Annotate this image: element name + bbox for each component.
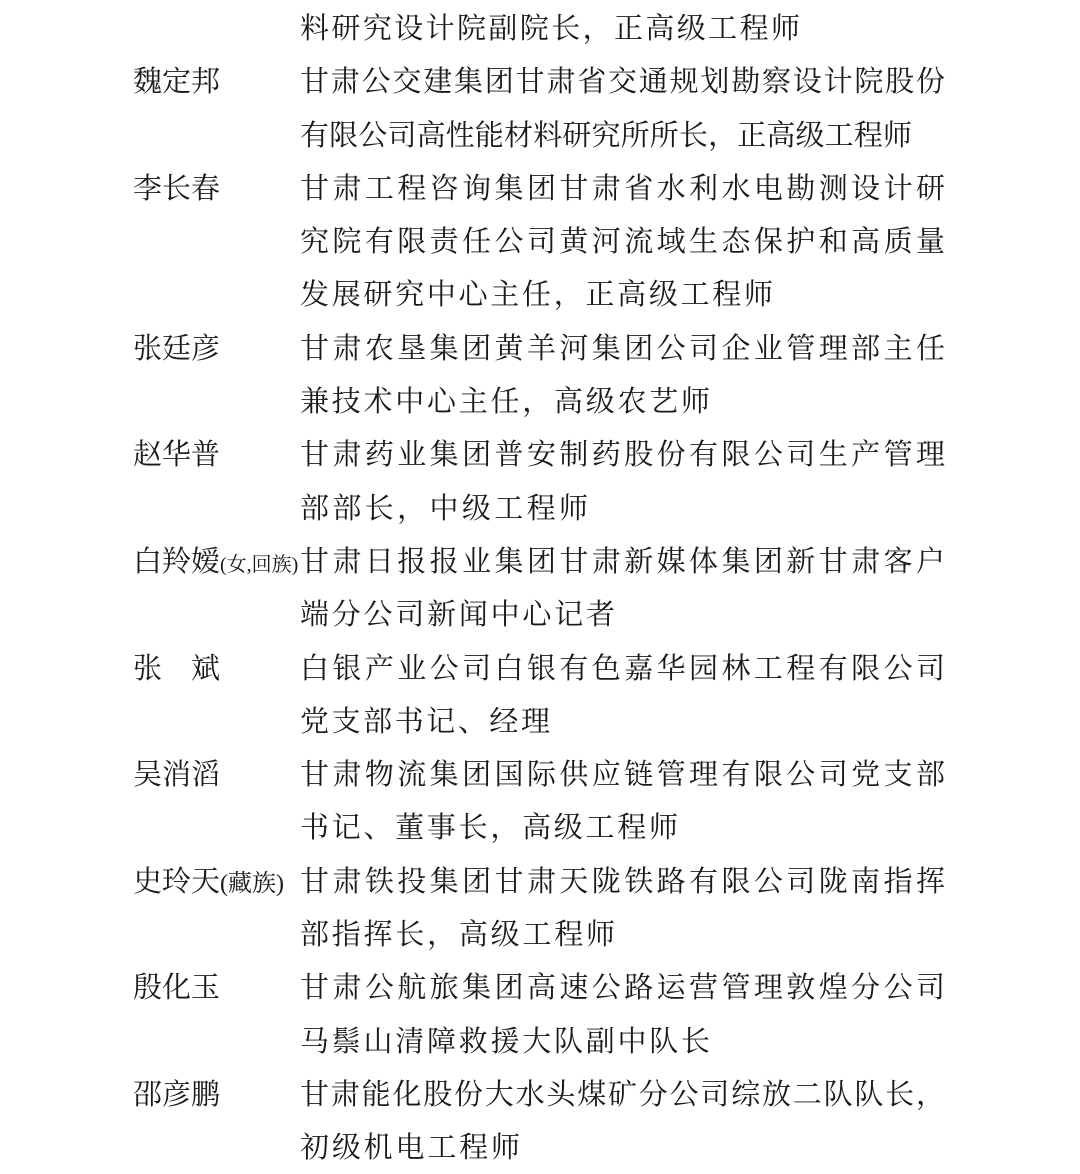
roster-entry-row: 张廷彦甘肃农垦集团黄羊河集团公司企业管理部主任兼技术中心主任，高级农艺师 (133, 323, 1080, 430)
entry-person-name: 吴消滔 (133, 759, 220, 791)
roster-entry-row: 赵华普甘肃药业集团普安制药股份有限公司生产管理部部长，中级工程师 (133, 429, 1080, 536)
roster-entry-row: 李长春甘肃工程咨询集团甘肃省水利水电勘测设计研究院有限责任公司黄河流域生态保护和… (133, 163, 1080, 323)
entry-person-name: 白羚嫒 (133, 546, 220, 578)
entry-description: 甘肃公航旅集团高速公路运营管理敦煌分公司马鬃山清障救援大队副中队长 (300, 962, 947, 1069)
roster-entry-row: 吴消滔甘肃物流集团国际供应链管理有限公司党支部书记、董事长，高级工程师 (133, 749, 1080, 856)
description-line: 部部长，中级工程师 (300, 483, 588, 536)
entry-description: 甘肃农垦集团黄羊河集团公司企业管理部主任兼技术中心主任，高级农艺师 (300, 323, 947, 430)
description-line: 部指挥长，高级工程师 (300, 909, 615, 962)
roster-entry-row: 张 斌白银产业公司白银有色嘉华园林工程有限公司党支部书记、经理 (133, 643, 1080, 750)
entry-description: 料研究设计院副院长，正高级工程师 (300, 3, 947, 56)
entry-description: 甘肃药业集团普安制药股份有限公司生产管理部部长，中级工程师 (300, 429, 947, 536)
description-line: 甘肃公交建集团甘肃省交通规划勘察设计院股份 (300, 56, 945, 109)
entry-person-name: 张 斌 (133, 653, 220, 685)
entry-description: 甘肃能化股份大水头煤矿分公司综放二队队长，初级机电工程师 (300, 1069, 947, 1174)
roster-entry-row: 白羚嫒(女,回族)甘肃日报报业集团甘肃新媒体集团新甘肃客户端分公司新闻中心记者 (133, 536, 1080, 643)
entry-person-name: 邵彦鹏 (133, 1079, 220, 1111)
description-line: 发展研究中心主任，正高级工程师 (300, 269, 773, 322)
description-line: 初级机电工程师 (300, 1122, 520, 1174)
entry-description: 甘肃工程咨询集团甘肃省水利水电勘测设计研究院有限责任公司黄河流域生态保护和高质量… (300, 163, 947, 323)
entry-description: 甘肃公交建集团甘肃省交通规划勘察设计院股份有限公司高性能材料研究所所长，正高级工… (300, 56, 947, 163)
entry-ethnic-note: (藏族) (220, 871, 284, 897)
entry-name-cell: 李长春 (133, 163, 300, 216)
entry-person-name: 殷化玉 (133, 972, 220, 1004)
entry-description: 甘肃铁投集团甘肃天陇铁路有限公司陇南指挥部指挥长，高级工程师 (300, 856, 947, 963)
entry-name-cell: 张廷彦 (133, 323, 300, 376)
description-line: 甘肃药业集团普安制药股份有限公司生产管理 (300, 429, 945, 482)
document-page: 料研究设计院副院长，正高级工程师魏定邦甘肃公交建集团甘肃省交通规划勘察设计院股份… (0, 0, 1080, 1174)
description-line: 甘肃公航旅集团高速公路运营管理敦煌分公司 (300, 962, 945, 1015)
entry-name-cell: 赵华普 (133, 429, 300, 482)
description-line: 书记、董事长，高级工程师 (300, 802, 678, 855)
roster-entry-row: 魏定邦甘肃公交建集团甘肃省交通规划勘察设计院股份有限公司高性能材料研究所所长，正… (133, 56, 1080, 163)
entry-description: 甘肃日报报业集团甘肃新媒体集团新甘肃客户端分公司新闻中心记者 (300, 536, 947, 643)
description-line: 甘肃物流集团国际供应链管理有限公司党支部 (300, 749, 945, 802)
description-line: 端分公司新闻中心记者 (300, 589, 615, 642)
roster-entry-row: 殷化玉甘肃公航旅集团高速公路运营管理敦煌分公司马鬃山清障救援大队副中队长 (133, 962, 1080, 1069)
entry-name-cell: 白羚嫒(女,回族) (133, 536, 300, 592)
description-line: 料研究设计院副院长，正高级工程师 (300, 3, 800, 56)
roster-entry-row: 史玲天(藏族)甘肃铁投集团甘肃天陇铁路有限公司陇南指挥部指挥长，高级工程师 (133, 856, 1080, 963)
entry-description: 白银产业公司白银有色嘉华园林工程有限公司党支部书记、经理 (300, 643, 947, 750)
roster-entry-row: 邵彦鹏甘肃能化股份大水头煤矿分公司综放二队队长，初级机电工程师 (133, 1069, 1080, 1174)
entry-ethnic-note: (女,回族) (220, 554, 298, 576)
description-line: 马鬃山清障救援大队副中队长 (300, 1016, 710, 1069)
entry-name-cell: 吴消滔 (133, 749, 300, 802)
description-line: 党支部书记、经理 (300, 696, 550, 749)
entry-person-name: 李长春 (133, 173, 220, 205)
roster-list: 料研究设计院副院长，正高级工程师魏定邦甘肃公交建集团甘肃省交通规划勘察设计院股份… (0, 0, 1080, 1174)
entry-person-name: 史玲天 (133, 866, 220, 898)
roster-entry-row: 料研究设计院副院长，正高级工程师 (133, 3, 1080, 56)
entry-name-cell: 殷化玉 (133, 962, 300, 1015)
description-line: 甘肃农垦集团黄羊河集团公司企业管理部主任 (300, 323, 945, 376)
description-line: 甘肃日报报业集团甘肃新媒体集团新甘肃客户 (300, 536, 945, 589)
entry-name-cell: 史玲天(藏族) (133, 856, 300, 911)
entry-person-name: 魏定邦 (133, 66, 220, 98)
entry-name-cell: 邵彦鹏 (133, 1069, 300, 1122)
entry-person-name: 张廷彦 (133, 333, 220, 365)
description-line: 白银产业公司白银有色嘉华园林工程有限公司 (300, 643, 945, 696)
entry-person-name: 赵华普 (133, 439, 220, 471)
entry-name-cell: 魏定邦 (133, 56, 300, 109)
description-line: 兼技术中心主任，高级农艺师 (300, 376, 710, 429)
entry-name-cell: 张 斌 (133, 643, 300, 696)
description-line: 甘肃能化股份大水头煤矿分公司综放二队队长， (300, 1069, 945, 1122)
description-line: 究院有限责任公司黄河流域生态保护和高质量 (300, 216, 945, 269)
description-line: 甘肃铁投集团甘肃天陇铁路有限公司陇南指挥 (300, 856, 945, 909)
entry-description: 甘肃物流集团国际供应链管理有限公司党支部书记、董事长，高级工程师 (300, 749, 947, 856)
description-line: 甘肃工程咨询集团甘肃省水利水电勘测设计研 (300, 163, 945, 216)
description-line: 有限公司高性能材料研究所所长，正高级工程师 (300, 110, 912, 163)
